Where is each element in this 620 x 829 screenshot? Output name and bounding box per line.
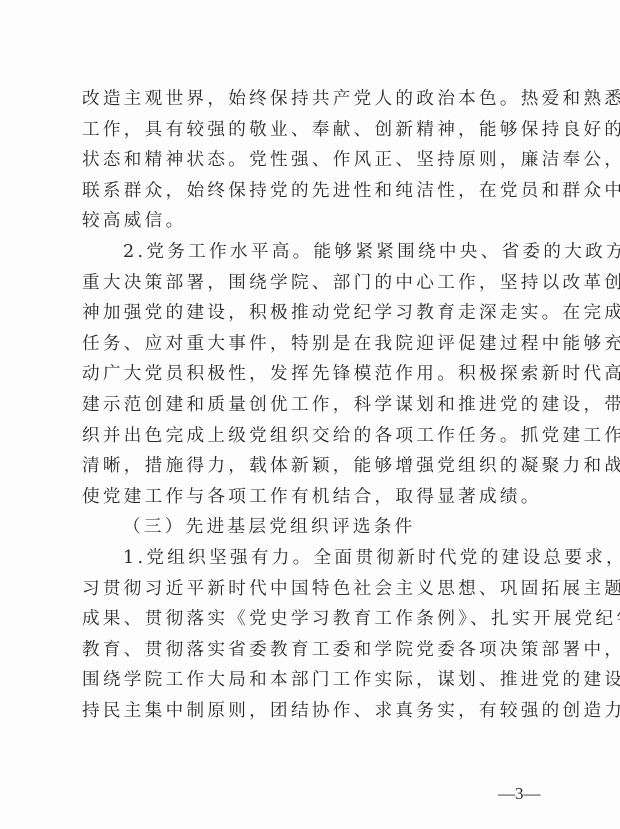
document-page: 改造主观世界，始终保持共产党人的政治本色。热爱和熟悉党务工作，具有较强的敬业、奉… bbox=[0, 0, 620, 829]
text-line: 改造主观世界，始终保持共产党人的政治本色。热爱和熟悉党务 bbox=[82, 84, 544, 115]
text-line: 1.党组织坚强有力。全面贯彻新时代党的建设总要求，在学 bbox=[82, 543, 544, 574]
text-line: 动广大党员积极性，发挥先锋模范作用。积极探索新时代高校党 bbox=[82, 359, 544, 390]
text-line: 联系群众，始终保持党的先进性和纯洁性，在党员和群众中具有 bbox=[82, 176, 544, 207]
text-line: 2.党务工作水平高。能够紧紧围绕中央、省委的大政方针和 bbox=[82, 237, 544, 268]
text-line: 织并出色完成上级党组织交给的各项工作任务。抓党建工作思路 bbox=[82, 421, 544, 452]
text-line: 建示范创建和质量创优工作，科学谋划和推进党的建设，带头组 bbox=[82, 390, 544, 421]
page-number: —3— bbox=[498, 784, 541, 804]
text-line: 工作，具有较强的敬业、奉献、创新精神，能够保持良好的工作 bbox=[82, 115, 544, 146]
document-body: 改造主观世界，始终保持共产党人的政治本色。热爱和熟悉党务工作，具有较强的敬业、奉… bbox=[82, 84, 544, 726]
text-line: 持民主集中制原则，团结协作、求真务实，有较强的创造力、凝 bbox=[82, 696, 544, 727]
text-line: 成果、贯彻落实《党史学习教育工作条例》、扎实开展党纪学习 bbox=[82, 604, 544, 635]
text-line: 状态和精神状态。党性强、作风正、坚持原则，廉洁奉公，密切 bbox=[82, 145, 544, 176]
text-line: 使党建工作与各项工作有机结合，取得显著成绩。 bbox=[82, 482, 544, 513]
text-line: 任务、应对重大事件，特别是在我院迎评促建过程中能够充分调 bbox=[82, 329, 544, 360]
text-line: 较高威信。 bbox=[82, 206, 544, 237]
text-line: 清晰，措施得力，载体新颖，能够增强党组织的凝聚力和战斗力， bbox=[82, 451, 544, 482]
text-line: 习贯彻习近平新时代中国特色社会主义思想、巩固拓展主题教育 bbox=[82, 574, 544, 605]
text-line: （三）先进基层党组织评选条件 bbox=[82, 512, 544, 543]
text-line: 围绕学院工作大局和本部门工作实际，谋划、推进党的建设，坚 bbox=[82, 665, 544, 696]
text-line: 重大决策部署，围绕学院、部门的中心工作，坚持以改革创新精 bbox=[82, 268, 544, 299]
text-line: 神加强党的建设，积极推动党纪学习教育走深走实。在完成重大 bbox=[82, 298, 544, 329]
text-line: 教育、贯彻落实省委教育工委和学院党委各项决策部署中，紧紧 bbox=[82, 635, 544, 666]
